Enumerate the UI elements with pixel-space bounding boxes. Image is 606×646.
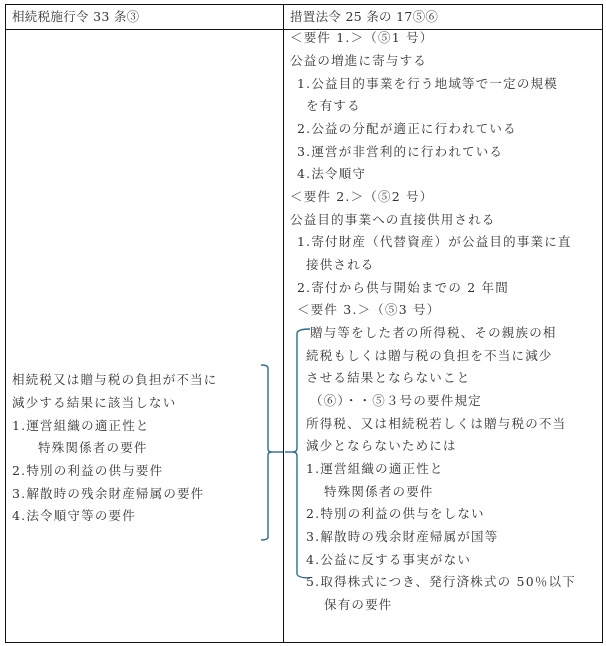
left-line-summary-2: 減少する結果に該当しない <box>12 395 176 411</box>
req3-condition-1: 所得税、又は相続税若しくは贈与税の不当 <box>306 416 566 432</box>
req3-item-2: 2.特別の利益の供与をしない <box>306 506 485 522</box>
req3-item-3: 3.解散時の残余財産帰属が国等 <box>306 529 498 545</box>
left-line-item-1: 1.運営組織の適正性と <box>12 418 150 434</box>
requirement-1-heading: ＜要件 1.＞（⑤1 号） <box>290 30 433 46</box>
requirement-1-title: 公益の増進に寄与する <box>290 53 427 69</box>
column-divider <box>283 5 284 642</box>
left-line-item-1-cont: 特殊関係者の要件 <box>38 440 148 456</box>
header-right: 措置法令 25 条の 17⑤⑥ <box>290 7 438 25</box>
requirement-3-heading: ＜要件 3.＞（⑤3 号） <box>297 302 440 318</box>
req3-reference: （⑥）・・⑤３号の要件規定 <box>310 393 482 409</box>
requirement-2-title: 公益目的事業への直接供用される <box>290 212 496 228</box>
req1-item-4: 4.法令順守 <box>297 166 366 182</box>
req1-item-3: 3.運営が非営利的に行われている <box>297 144 503 160</box>
left-line-item-2: 2.特別の利益の供与要件 <box>12 463 163 479</box>
comparison-table <box>5 4 603 643</box>
req1-item-2: 2.公益の分配が適正に行われている <box>297 121 517 137</box>
left-line-summary-1: 相続税又は贈与税の負担が不当に <box>12 372 218 388</box>
req3-item-1: 1.運営組織の適正性と <box>306 461 444 477</box>
header-left: 相続税施行令 33 条③ <box>12 7 139 25</box>
req3-desc-1: 贈与等をした者の所得税、その親族の相 <box>310 325 557 341</box>
req3-item-1-cont: 特殊関係者の要件 <box>324 484 434 500</box>
req1-item-1-cont: を有する <box>306 98 361 114</box>
req3-item-5: 5.取得株式につき、発行済株式の 50％以下 <box>306 574 576 590</box>
req1-item-1: 1.公益目的事業を行う地域等で一定の規模 <box>297 76 558 92</box>
req3-desc-3: させる結果とならないこと <box>306 370 470 386</box>
left-line-item-4: 4.法令順守等の要件 <box>12 508 136 524</box>
req3-condition-2: 減少とならないためには <box>306 438 457 454</box>
req3-desc-2: 続税もしくは贈与税の負担を不当に減少 <box>306 348 553 364</box>
req2-item-1: 1.寄付財産（代替資産）が公益目的事業に直 <box>297 234 572 250</box>
req2-item-2: 2.寄付から供与開始までの 2 年間 <box>297 280 509 296</box>
req3-item-5-cont: 保有の要件 <box>324 597 393 613</box>
left-line-item-3: 3.解散時の残余財産帰属の要件 <box>12 486 204 502</box>
req2-item-1-cont: 接供される <box>306 257 375 273</box>
requirement-2-heading: ＜要件 2.＞（⑤2 号） <box>290 189 433 205</box>
req3-item-4: 4.公益に反する事実がない <box>306 552 471 568</box>
